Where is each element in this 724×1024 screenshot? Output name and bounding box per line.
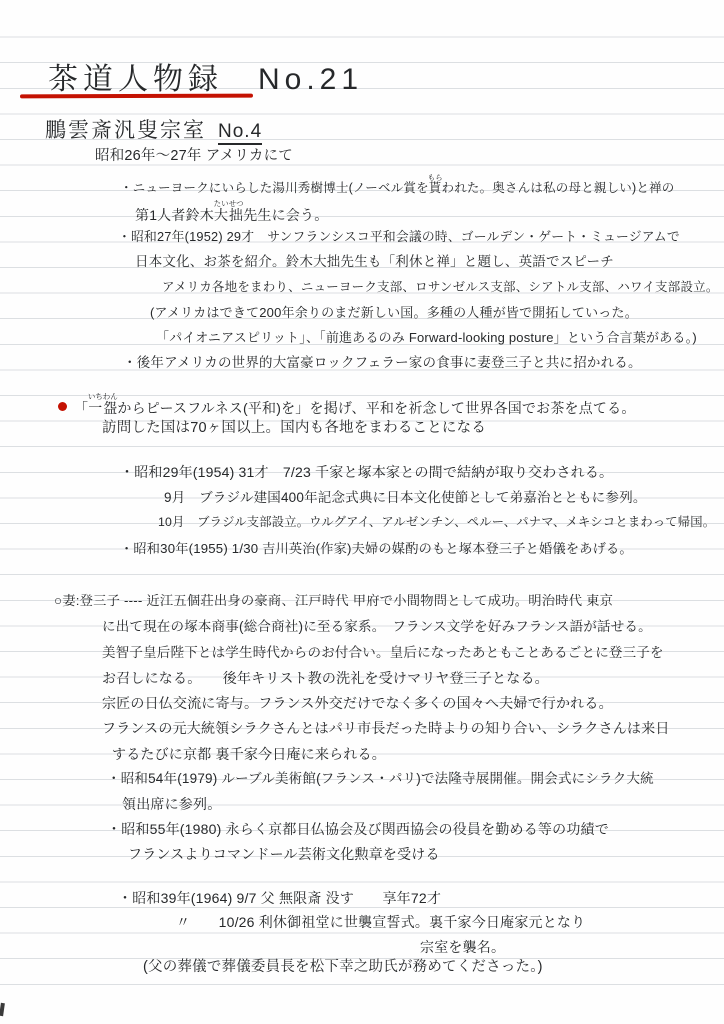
text-line: 訪問した国は70ヶ国以上。国内も各地をまわることになる [102,419,486,437]
text-line: に出て現在の塚本商事(総合商社)に至る家系。 フランス文学を好みフランス語が話せ… [102,619,652,636]
text-line: ・昭和30年(1955) 1/30 吉川英治(作家)夫婦の媒酌のもと塚本登三子と… [120,541,633,558]
page-title: 茶道人物録 No.21 [48,54,363,98]
text-line: 第1人者鈴木大拙たいせつ先生に会う。 [135,199,328,225]
text-line: ・昭和39年(1964) 9/7 父 無限斎 没す 享年72才 [118,890,441,908]
text-line: 宗室を襲名。 [420,939,505,957]
text-line: フランスよりコマンドール芸術文化勲章を受ける [128,846,440,864]
text-line: 領出席に参列。 [122,796,221,814]
notebook-page: 茶道人物録 No.21 鵬雲斎汎叟宗室No.4 昭和26年～27年 アメリカにて… [0,0,724,1024]
text-line: 美智子皇后陛下とは学生時代からのお付合い。皇后になったあともことあるごとに登三子… [102,645,664,662]
red-bullet-icon [58,402,67,411]
text-line: アメリカ各地をまわり、ニューヨーク支部、ロサンゼルス支部、シアトル支部、ハワイ支… [162,280,719,296]
text-line: ・昭和27年(1952) 29才 サンフランシスコ平和会議の時、ゴールデン・ゲー… [118,229,680,245]
text-line: (アメリカはできて200年余りのまだ新しい国。多種の人種が皆で開拓していった。 [150,305,638,321]
subtitle: 鵬雲斎汎叟宗室No.4 [45,114,262,144]
title-underline-red [20,94,253,99]
text-line: 日本文化、お茶を紹介。鈴木大拙先生も「利休と禅」と題し、英語でスピーチ [135,254,614,271]
scan-artifact [0,1003,5,1016]
text-line: ・昭和55年(1980) 永らく京都日仏協会及び関西協会の役員を勤める等の功績で [107,821,609,839]
subtitle-name: 鵬雲斎汎叟宗室 [45,119,206,142]
text-line: 9月 ブラジル建国400年記念式典に日本文化使節として弟嘉治とともに参列。 [164,490,647,507]
text-line: するたびに京都 裏千家今日庵に来られる。 [112,746,386,764]
text-line: (父の葬儀で葬儀委員長を松下幸之助氏が務めてくださった。) [143,958,543,976]
text-line: 〃 10/26 利休御祖堂に世襲宣誓式。裏千家今日庵家元となり [176,914,585,932]
text-line: ・昭和54年(1979) ルーブル美術館(フランス・パリ)で法隆寺展開催。開会式… [107,771,654,788]
text-line: 昭和26年～27年 アメリカにて [95,147,293,165]
text-line: ・昭和29年(1954) 31才 7/23 千家と塚本家との間で結納が取り交わさ… [120,464,613,482]
text-line: 宗匠の日仏交流に寄与。フランス外交だけでなく多くの国々へ夫婦で行かれる。 [102,695,613,713]
text-line: ・ニューヨークにいらした湯川秀樹博士(ノーベル賞を貰もらわれた。奥さんは私の母と… [120,173,674,197]
text-line: ○妻:登三子 ---- 近江五個荘出身の豪商、江戸時代 甲府で小間物問として成功… [54,593,613,610]
text-line: フランスの元大統領シラクさんとはパリ市長だった時よりの知り合い、シラクさんは来日 [102,720,670,738]
subtitle-number: No.4 [218,121,262,145]
text-line: 「パイオニアスピリット」、「前進あるのみ Forward-looking pos… [156,330,697,346]
text-line: お召しになる。 後年キリスト教の洗礼を受けマリヤ登三子となる。 [102,670,549,688]
text-line: ・後年アメリカの世界的大富豪ロックフェラー家の食事に妻登三子と共に招かれる。 [123,355,642,372]
text-line: 「一盌いちわんからピースフルネス(平和)を」を掲げ、平和を祈念して世界各国でお茶… [58,392,636,418]
text-line: 10月 ブラジル支部設立。ウルグアイ、アルゼンチン、ペルー、パナマ、メキシコとま… [158,515,715,530]
